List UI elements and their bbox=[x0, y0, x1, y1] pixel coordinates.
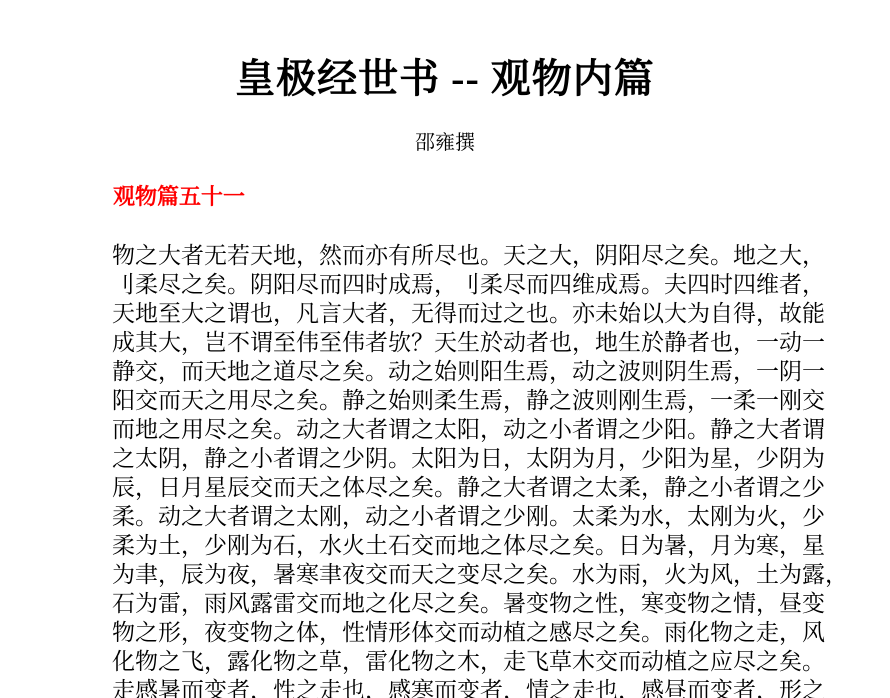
body-line: 柔。动之大者谓之太刚，动之小者谓之少刚。太柔为水，太刚为火，少 bbox=[112, 502, 852, 531]
body-line: 物之形，夜变物之体，性情形体交而动植之感尽之矣。雨化物之走，风 bbox=[112, 618, 852, 647]
body-line: 辰，日月星辰交而天之体尽之矣。静之大者谓之太柔，静之小者谓之少 bbox=[112, 473, 852, 502]
document-page: 皇极经世书 -- 观物内篇 邵雍撰 观物篇五十一 物之大者无若天地，然而亦有所尽… bbox=[0, 0, 890, 698]
body-line: 石为雷，雨风露雷交而地之化尽之矣。暑变物之性，寒变物之情，昼变 bbox=[112, 589, 852, 618]
body-line: 天地至大之谓也，凡言大者，无得而过之也。亦未始以大为自得，故能 bbox=[112, 299, 852, 328]
section-heading: 观物篇五十一 bbox=[113, 186, 890, 208]
body-line: 走感暑而变者，性之走也，感寒而变者，情之走也，感昼而变者，形之 bbox=[112, 676, 852, 698]
body-line: 柔为土，少刚为石，水火土石交而地之体尽之矣。日为暑，月为寒，星 bbox=[112, 531, 852, 560]
body-line: 刂柔尽之矣。阴阳尽而四时成焉，刂柔尽而四维成焉。夫四时四维者， bbox=[112, 270, 852, 299]
body-line: 物之大者无若天地，然而亦有所尽也。天之大，阴阳尽之矣。地之大， bbox=[112, 241, 852, 270]
body-line: 阳交而天之用尽之矣。静之始则柔生焉，静之波则刚生焉，一柔一刚交 bbox=[112, 386, 852, 415]
body-line: 化物之飞，露化物之草，雷化物之木，走飞草木交而动植之应尽之矣。 bbox=[112, 647, 852, 676]
body-line: 之太阴，静之小者谓之少阴。太阳为日，太阴为月，少阳为星，少阴为 bbox=[112, 444, 852, 473]
body-line: 静交，而天地之道尽之矣。动之始则阳生焉，动之波则阴生焉，一阴一 bbox=[112, 357, 852, 386]
author-line: 邵雍撰 bbox=[0, 133, 890, 153]
document-title: 皇极经世书 -- 观物内篇 bbox=[0, 55, 890, 103]
body-line: 成其大，岂不谓至伟至伟者欤？天生於动者也，地生於静者也，一动一 bbox=[112, 328, 852, 357]
body-line: 为聿，辰为夜，暑寒聿夜交而天之变尽之矣。水为雨，火为风，土为露， bbox=[112, 560, 852, 589]
body-line: 而地之用尽之矣。动之大者谓之太阳，动之小者谓之少阳。静之大者谓 bbox=[112, 415, 852, 444]
body-text: 物之大者无若天地，然而亦有所尽也。天之大，阴阳尽之矣。地之大， 刂柔尽之矣。阴阳… bbox=[112, 241, 852, 698]
